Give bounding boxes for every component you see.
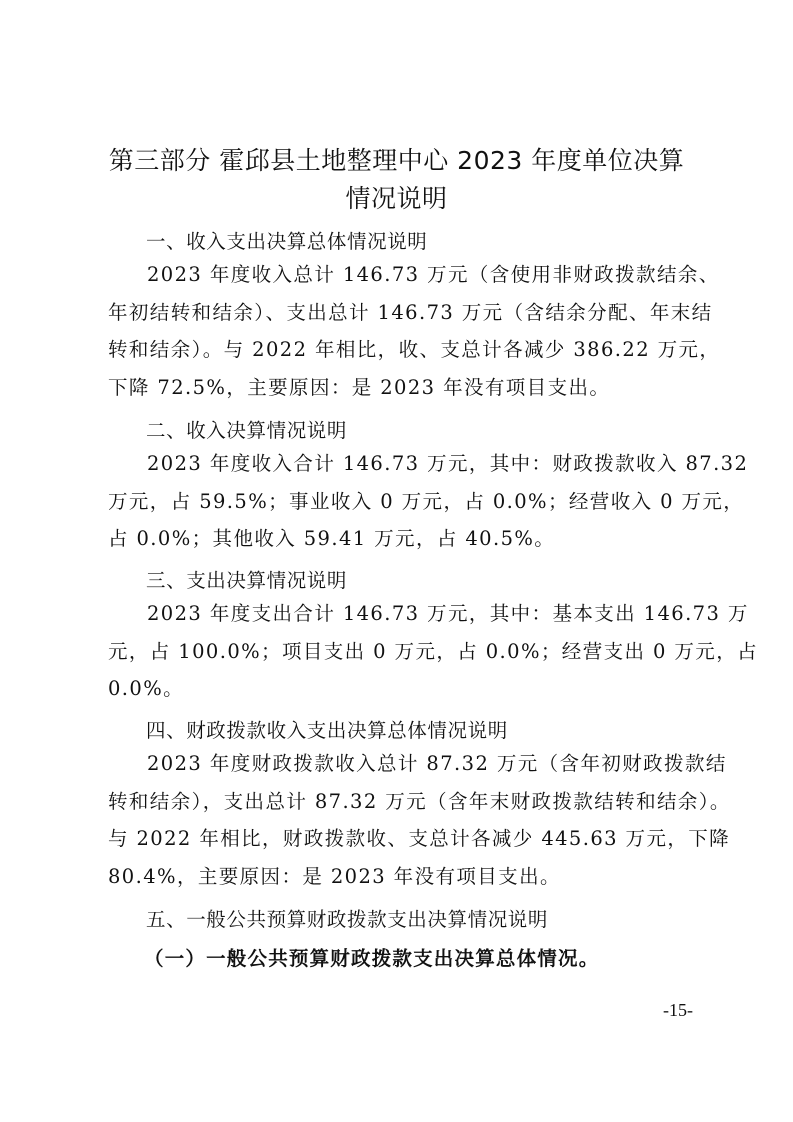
paragraph-line: 0.0%。 [108,670,690,708]
section-2-heading: 二、收入决算情况说明 [146,418,347,444]
section-4-paragraph: 2023 年度财政拨款收入总计 87.32 万元（含年初财政拨款结 转和结余），… [108,745,690,896]
section-1-paragraph: 2023 年度收入总计 146.73 万元（含使用非财政拨款结余、 年初结转和结… [108,256,690,407]
section-1-heading: 一、收入支出决算总体情况说明 [146,229,427,255]
paragraph-line: 占 0.0%；其他收入 59.41 万元，占 40.5%。 [108,520,690,558]
paragraph-line: 与 2022 年相比，财政拨款收、支总计各减少 445.63 万元，下降 [108,820,690,858]
paragraph-line: 2023 年度支出合计 146.73 万元，其中：基本支出 146.73 万 [108,595,690,633]
paragraph-line: 元，占 100.0%；项目支出 0 万元，占 0.0%；经营支出 0 万元，占 [108,633,690,671]
paragraph-line: 2023 年度收入合计 146.73 万元，其中：财政拨款收入 87.32 [108,445,690,483]
paragraph-line: 2023 年度财政拨款收入总计 87.32 万元（含年初财政拨款结 [108,745,690,783]
paragraph-line: 80.4%，主要原因：是 2023 年没有项目支出。 [108,858,690,896]
section-5-subheading: （一）一般公共预算财政拨款支出决算总体情况。 [144,946,599,972]
paragraph-line: 转和结余），支出总计 87.32 万元（含年末财政拨款结转和结余）。 [108,783,690,821]
paragraph-line: 转和结余）。与 2022 年相比，收、支总计各减少 386.22 万元， [108,331,690,369]
page-title-line-2: 情况说明 [100,181,693,217]
document-page: 第三部分 霍邱县土地整理中心 2023 年度单位决算 情况说明 一、收入支出决算… [0,0,793,1122]
section-2-paragraph: 2023 年度收入合计 146.73 万元，其中：财政拨款收入 87.32 万元… [108,445,690,558]
section-3-heading: 三、支出决算情况说明 [146,568,347,594]
paragraph-line: 2023 年度收入总计 146.73 万元（含使用非财政拨款结余、 [108,256,690,294]
paragraph-line: 下降 72.5%，主要原因：是 2023 年没有项目支出。 [108,369,690,407]
page-title-line-1: 第三部分 霍邱县土地整理中心 2023 年度单位决算 [100,143,693,179]
section-3-paragraph: 2023 年度支出合计 146.73 万元，其中：基本支出 146.73 万 元… [108,595,690,708]
paragraph-line: 年初结转和结余）、支出总计 146.73 万元（含结余分配、年末结 [108,294,690,332]
page-number: -15- [663,1000,693,1021]
section-5-heading: 五、一般公共预算财政拨款支出决算情况说明 [146,907,548,933]
paragraph-line: 万元，占 59.5%；事业收入 0 万元，占 0.0%；经营收入 0 万元， [108,483,690,521]
section-4-heading: 四、财政拨款收入支出决算总体情况说明 [146,718,508,744]
